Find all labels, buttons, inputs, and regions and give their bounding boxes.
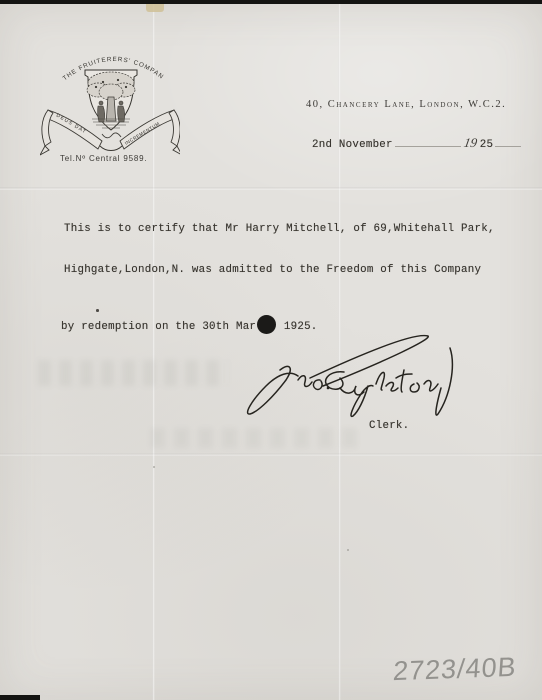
motto-right-text: INCREMENTUM [124, 121, 161, 146]
tree-foliage [87, 72, 135, 100]
shield [85, 70, 137, 138]
paper-speck [153, 466, 155, 468]
ground-hatching [92, 119, 130, 128]
company-crest: THE FRUITERERS' COMPANY [40, 49, 180, 167]
catalog-number-handwritten: 2723/40B [392, 652, 518, 687]
body-line-1: This is to certify that Mr Harry Mitchel… [64, 223, 495, 235]
ink-showthrough-smudge [150, 428, 365, 448]
vertical-fold-line [152, 4, 155, 700]
figures [98, 101, 125, 122]
horizontal-fold-line [0, 453, 542, 456]
body-line-3-after-hole: 1925. [277, 321, 317, 333]
serpent [102, 133, 121, 138]
tree-trunk [106, 97, 116, 121]
letter-document: THE FRUITERERS' COMPANY [0, 4, 542, 700]
telephone-line: Tel.Nº Central 9589. [60, 154, 147, 163]
date-underline [495, 134, 521, 147]
body-line-3-before-hole: by redemption on the 30th Mar [61, 321, 256, 333]
address-line: 40, Chancery Lane, London, W.C.2. [306, 99, 506, 110]
company-name-arc-text: THE FRUITERERS' COMPANY [40, 49, 165, 82]
motto-left-text: DEUS DAT [55, 113, 88, 136]
typed-date: 2nd November [312, 139, 393, 151]
typed-year: 25 [480, 139, 493, 151]
tape-remnant [146, 4, 164, 12]
date-underline [395, 134, 461, 147]
stray-ink-dot [96, 309, 99, 312]
horizontal-fold-line [0, 187, 542, 190]
body-line-3: by redemption on the 30th Mar 1925. [61, 315, 318, 334]
ink-showthrough-smudge [38, 360, 228, 386]
motto-ribbons [40, 110, 180, 155]
date-line: 2nd November1925 [312, 134, 521, 150]
photo-background: THE FRUITERERS' COMPANY [0, 0, 542, 700]
photo-edge [0, 695, 40, 700]
hole-punch-dot [257, 315, 276, 334]
body-line-2: Highgate,London,N. was admitted to the F… [64, 264, 481, 276]
photo-edge [482, 0, 542, 3]
signature-handwriting: Jno. Eagleton [228, 322, 463, 432]
paper-speck [347, 549, 349, 551]
printed-year-prefix: 19 [462, 135, 478, 151]
clerk-title: Clerk. [369, 420, 409, 432]
